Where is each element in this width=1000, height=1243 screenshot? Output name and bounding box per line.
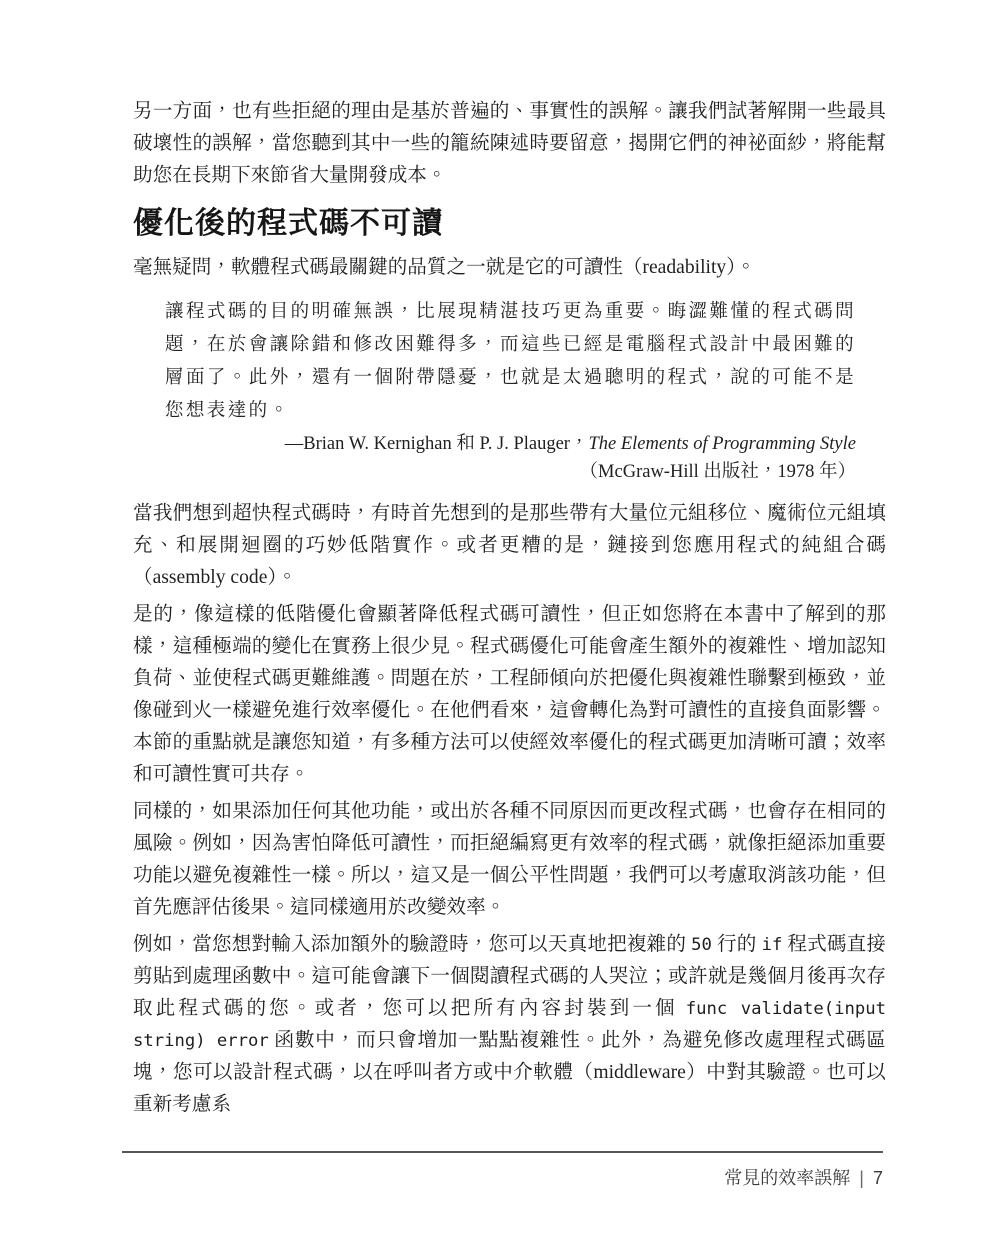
footer-text: 常見的效率誤解|7	[122, 1164, 883, 1190]
page-content: 另一方面，也有些拒絕的理由是基於普遍的、事實性的誤解。讓我們試著解開一些最具破壞…	[133, 96, 886, 1126]
paragraph-optimization-tradeoffs: 是的，像這樣的低階優化會顯著降低程式碼可讀性，但正如您將在本書中了解到的那樣，這…	[133, 599, 886, 791]
quote-attribution: —Brian W. Kernighan 和 P. J. Plauger，The …	[133, 430, 856, 486]
footer-page-number: 7	[873, 1168, 883, 1188]
paragraph-feature-risk: 同樣的，如果添加任何其他功能，或出於各種不同原因而更改程式碼，也會存在相同的風險…	[133, 796, 886, 924]
section-heading: 優化後的程式碼不可讀	[133, 204, 886, 244]
intro-paragraph: 另一方面，也有些拒絕的理由是基於普遍的、事實性的誤解。讓我們試著解開一些最具破壞…	[133, 96, 886, 192]
footer-section-title: 常見的效率誤解	[724, 1168, 850, 1188]
paragraph-validation-example: 例如，當您想對輸入添加額外的驗證時，您可以天真地把複雜的 50 行的 if 程式…	[133, 929, 886, 1121]
page-footer: 常見的效率誤解|7	[122, 1151, 883, 1190]
book-page: { "intro_paragraph": "另一方面，也有些拒絕的理由是基於普遍…	[0, 0, 1000, 1243]
quote-attribution-authors: —Brian W. Kernighan 和 P. J. Plauger，The …	[133, 430, 856, 458]
quote-attribution-publisher: （McGraw-Hill 出版社，1978 年）	[133, 458, 856, 486]
footer-rule	[122, 1151, 883, 1153]
quote-block: 讓程式碼的目的明確無誤，比展現精湛技巧更為重要。晦澀難懂的程式碼問題，在於會讓除…	[165, 296, 856, 428]
footer-separator: |	[859, 1168, 864, 1189]
lead-paragraph: 毫無疑問，軟體程式碼最關鍵的品質之一就是它的可讀性（readability）。	[133, 252, 886, 284]
paragraph-low-level-code: 當我們想到超快程式碼時，有時首先想到的是那些帶有大量位元組移位、魔術位元組填充、…	[133, 498, 886, 594]
